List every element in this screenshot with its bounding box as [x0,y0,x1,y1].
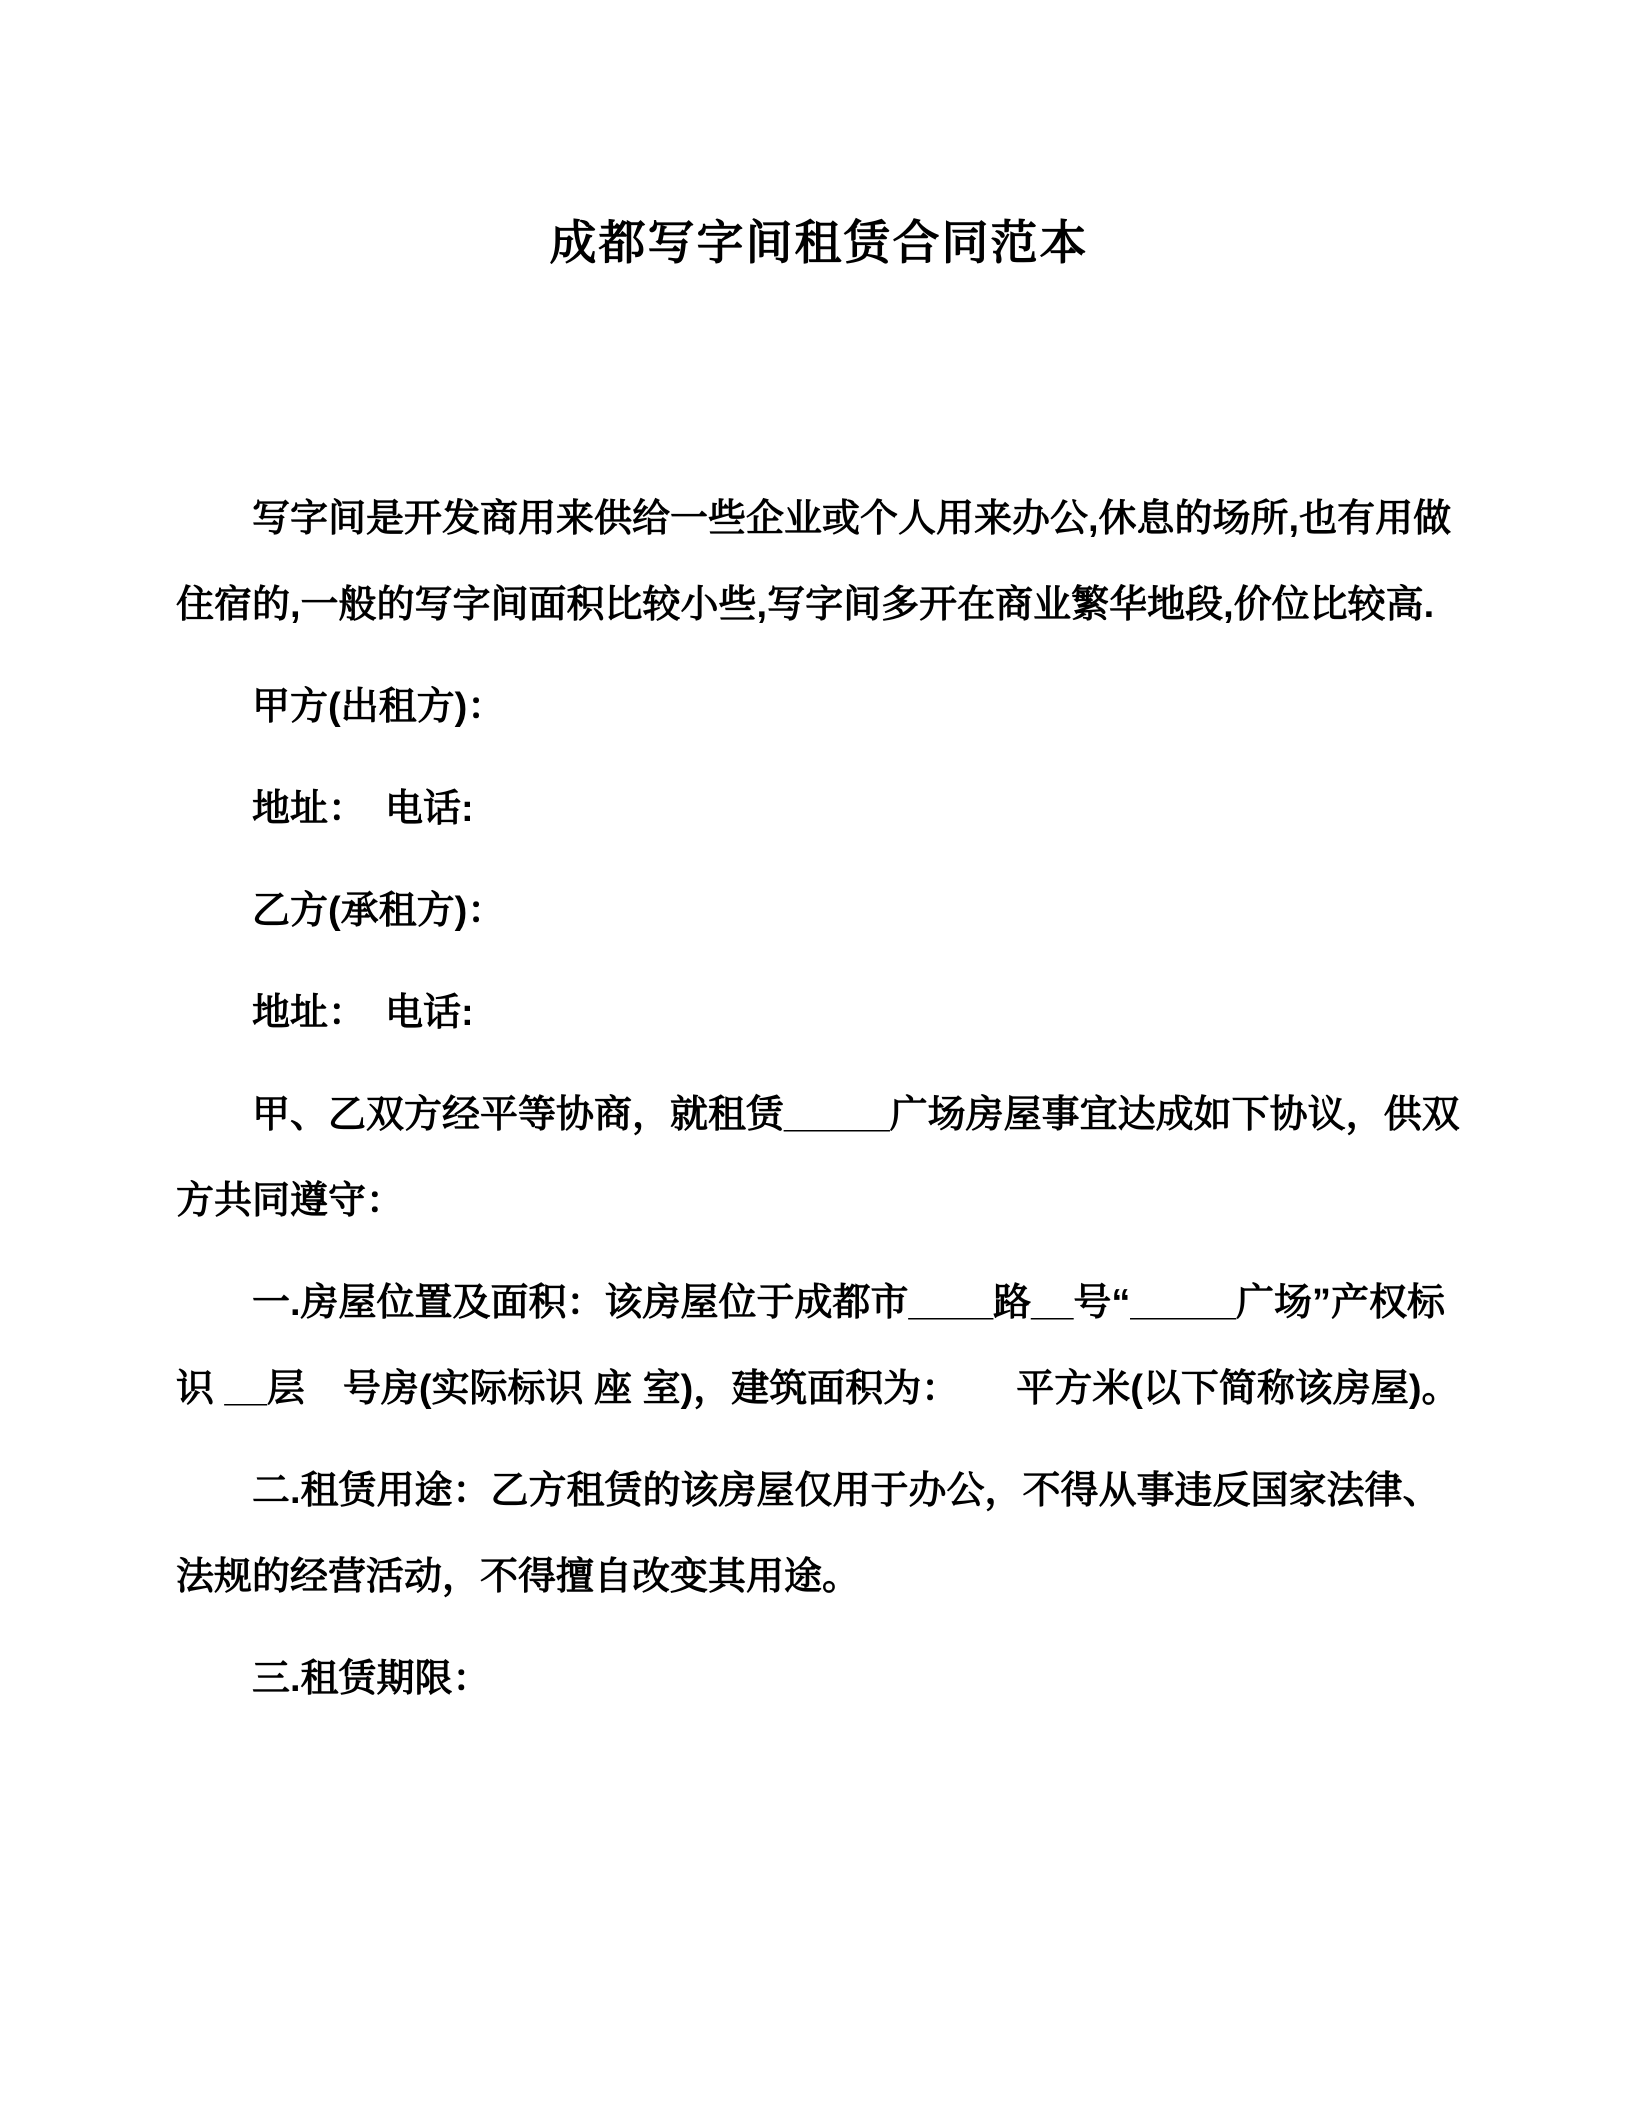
clause-2-usage-paragraph: 二.租赁用途：乙方租赁的该房屋仅用于办公，不得从事违反国家法律、法规的经营活动，… [176,1448,1462,1620]
party-b-label-line: 乙方(承租方)： [176,868,1462,954]
clause-3-term-heading-line: 三.租赁期限： [176,1636,1462,1722]
agreement-preamble-paragraph: 甲、乙双方经平等协商，就租赁_____广场房屋事宜达成如下协议，供双方共同遵守： [176,1072,1462,1244]
intro-paragraph: 写字间是开发商用来供给一些企业或个人用来办公,休息的场所,也有用做住宿的,一般的… [176,476,1462,648]
document-page: 成都写字间租赁合同范本 写字间是开发商用来供给一些企业或个人用来办公,休息的场所… [0,0,1632,2112]
party-a-address-phone-line: 地址： 电话: [176,766,1462,852]
party-a-label-line: 甲方(出租方)： [176,664,1462,750]
document-title: 成都写字间租赁合同范本 [176,215,1462,271]
party-b-address-phone-line: 地址： 电话: [176,970,1462,1056]
clause-1-location-area-paragraph: 一.房屋位置及面积：该房屋位于成都市____路__号“_____广场”产权标识 … [176,1260,1462,1432]
